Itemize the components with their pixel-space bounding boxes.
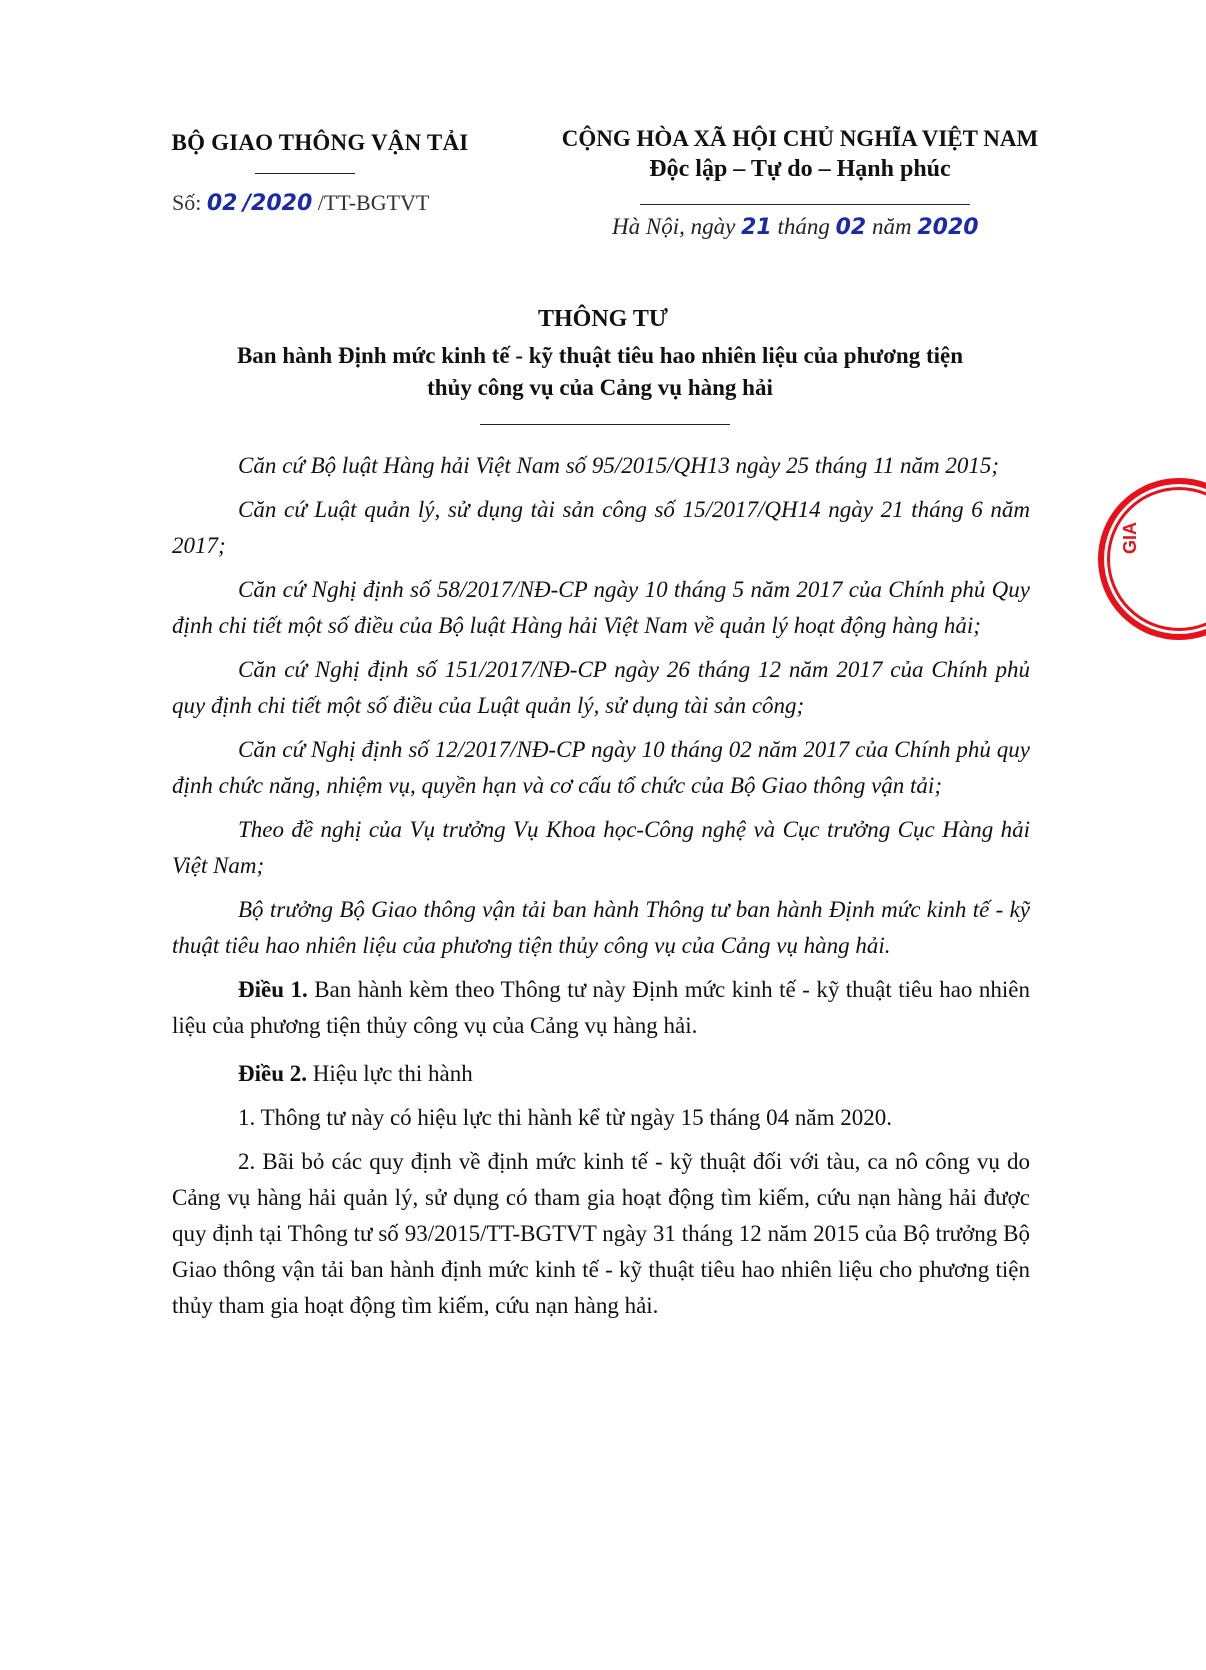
number-suffix: /TT-BGTVT	[318, 190, 430, 215]
article-2-text: Hiệu lực thi hành	[313, 1061, 473, 1086]
article-2-item-2: 2. Bãi bỏ các quy định về định mức kinh …	[172, 1144, 1030, 1324]
date-month: 02	[836, 215, 867, 240]
article-1: Điều 1. Ban hành kèm theo Thông tư này Đ…	[172, 972, 1030, 1044]
national-motto: Độc lập – Tự do – Hạnh phúc	[520, 156, 1080, 183]
article-2: Điều 2. Hiệu lực thi hành	[172, 1056, 1030, 1092]
preamble-4: Căn cứ Nghị định số 151/2017/NĐ-CP ngày …	[172, 652, 1030, 724]
number-handwritten: 02	[207, 191, 238, 216]
subject-line-1: Ban hành Định mức kinh tế - kỹ thuật tiê…	[150, 340, 1050, 372]
title-underline	[480, 424, 730, 425]
stamp-text: GIA	[1120, 522, 1141, 554]
document-subject: Ban hành Định mức kinh tế - kỹ thuật tiê…	[150, 340, 1050, 404]
preamble-5: Căn cứ Nghị định số 12/2017/NĐ-CP ngày 1…	[172, 732, 1030, 804]
article-2-label: Điều 2.	[238, 1061, 307, 1086]
preamble-1: Căn cứ Bộ luật Hàng hải Việt Nam số 95/2…	[172, 448, 1030, 484]
document-number: Số: 02 /2020 /TT-BGTVT	[172, 190, 429, 216]
subject-line-2: thủy công vụ của Cảng vụ hàng hải	[150, 372, 1050, 404]
republic-name: CỘNG HÒA XÃ HỘI CHỦ NGHĨA VIỆT NAM	[520, 126, 1080, 152]
preamble-6: Theo đề nghị của Vụ trưởng Vụ Khoa học-C…	[172, 812, 1030, 884]
preamble-3: Căn cứ Nghị định số 58/2017/NĐ-CP ngày 1…	[172, 572, 1030, 644]
date-year-label: năm	[872, 214, 912, 239]
agency-underline	[255, 173, 355, 174]
motto-underline	[640, 204, 970, 205]
issuing-agency: BỘ GIAO THÔNG VẬN TẢI	[150, 130, 490, 156]
date-place: Hà Nội, ngày	[612, 214, 735, 239]
date-day: 21	[741, 215, 772, 240]
issue-date: Hà Nội, ngày 21 tháng 02 năm 2020	[612, 214, 979, 240]
date-year: 2020	[917, 215, 978, 240]
preamble-2: Căn cứ Luật quản lý, sử dụng tài sản côn…	[172, 492, 1030, 564]
preamble-7: Bộ trưởng Bộ Giao thông vận tải ban hành…	[172, 892, 1030, 964]
national-title: CỘNG HÒA XÃ HỘI CHỦ NGHĨA VIỆT NAM Độc l…	[520, 126, 1080, 183]
document-type: THÔNG TƯ	[0, 306, 1206, 333]
article-2-item-1: 1. Thông tư này có hiệu lực thi hành kể …	[172, 1100, 1030, 1136]
number-label: Số:	[172, 190, 201, 215]
article-1-label: Điều 1.	[238, 977, 308, 1002]
date-month-label: tháng	[777, 214, 829, 239]
year-handwritten: /2020	[243, 191, 312, 216]
document-body: Căn cứ Bộ luật Hàng hải Việt Nam số 95/2…	[172, 448, 1030, 1332]
official-seal-stamp: GIA	[1098, 478, 1206, 640]
